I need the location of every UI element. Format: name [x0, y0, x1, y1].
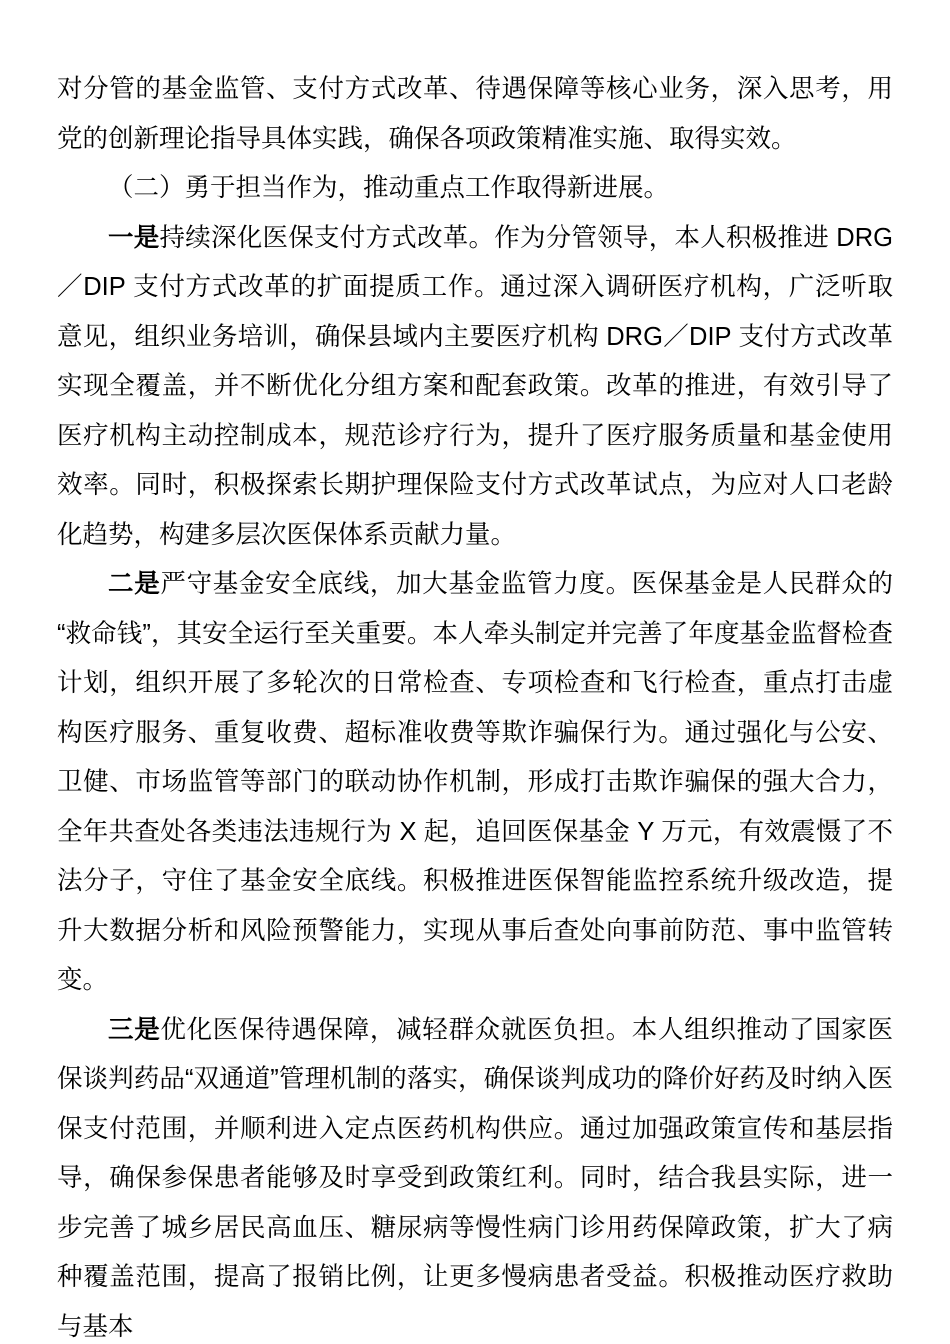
paragraph-text: 优化医保待遇保障，减轻群众就医负担。本人组织推动了国家医保谈判药品“双通道”管理… — [57, 1016, 893, 1341]
paragraph: 二是严守基金安全底线，加大基金监管力度。医保基金是人民群众的“救命钱”，其安全运… — [57, 560, 893, 1006]
paragraph-text: 对分管的基金监管、支付方式改革、待遇保障等核心业务，深入思考，用党的创新理论指导… — [57, 75, 893, 153]
paragraph-text: 持续深化医保支付方式改革。作为分管领导，本人积极推进 DRG／DIP 支付方式改… — [57, 224, 893, 549]
paragraph-lead: 三是 — [108, 1016, 160, 1044]
document-page: 对分管的基金监管、支付方式改革、待遇保障等核心业务，深入思考，用党的创新理论指导… — [0, 0, 950, 1344]
paragraph-text: 严守基金安全底线，加大基金监管力度。医保基金是人民群众的“救命钱”，其安全运行至… — [57, 570, 893, 994]
paragraph: 对分管的基金监管、支付方式改革、待遇保障等核心业务，深入思考，用党的创新理论指导… — [57, 65, 893, 164]
document-background: { "document": { "language": "zh-CN", "ba… — [0, 0, 950, 1344]
paragraph-lead: 二是 — [108, 570, 160, 598]
paragraph: 三是优化医保待遇保障，减轻群众就医负担。本人组织推动了国家医保谈判药品“双通道”… — [57, 1006, 893, 1344]
paragraph: （二）勇于担当作为，推动重点工作取得新进展。 — [57, 164, 893, 214]
paragraph: 一是持续深化医保支付方式改革。作为分管领导，本人积极推进 DRG／DIP 支付方… — [57, 214, 893, 561]
paragraph-text: （二）勇于担当作为，推动重点工作取得新进展。 — [108, 174, 669, 202]
paragraph-lead: 一是 — [108, 224, 160, 252]
